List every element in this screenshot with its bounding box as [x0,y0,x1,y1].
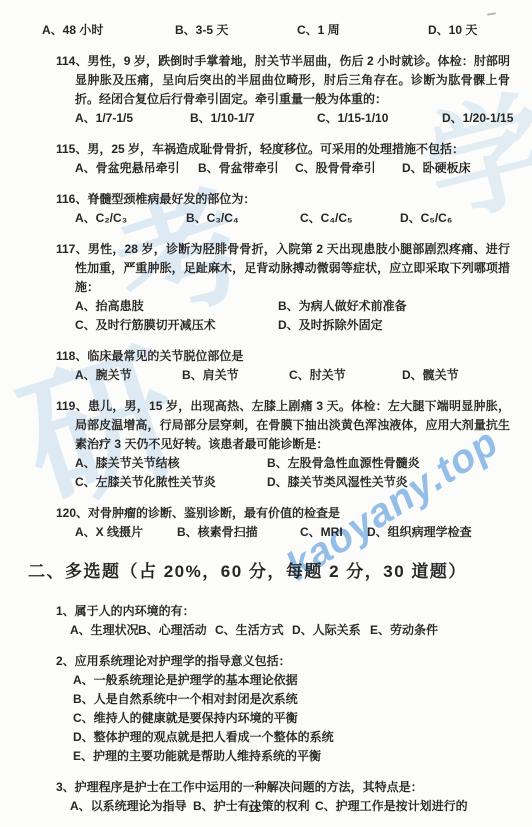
option-c: C、1/15-1/10 [317,109,442,128]
option-c: C、C₄/C₅ [300,209,400,228]
question-stem: 117、男性，28 岁，诊断为胫腓骨骨折，入院第 2 天出现患肢小腿部剧烈疼痛、… [75,240,510,297]
question-options-row: A、腕关节 B、肩关节 C、肘关节 D、髋关节 [75,366,510,385]
question-stem: 114、男性，9 岁，跌倒时手掌着地，肘关节半屈曲，伤后 2 小时就诊。体检：肘… [75,52,510,109]
option-b: B、1/10-1/7 [190,109,317,128]
option-b: B、C₃/C₄ [186,209,300,228]
option-c: C、及时行筋膜切开减压术 [75,316,278,335]
option-b: B、左股骨急性血源性骨髓炎 [267,454,510,473]
question-stem: 120、对骨肿瘤的诊断、鉴别诊断，最有价值的检查是 [75,504,510,523]
option-b: B、心理活动 [138,621,215,640]
question-stem: 3、护理程序是护士在工作中运用的一种解决问题的方法，其特点是： [70,778,510,797]
option-c: C、股骨骨牵引 [295,159,402,178]
option-a: A、X 线摄片 [75,523,177,542]
option-d: D、髋关节 [402,366,459,385]
option-c: C、肘关节 [289,366,402,385]
question-120: 120、对骨肿瘤的诊断、鉴别诊断，最有价值的检查是 A、X 线摄片 B、核素骨扫… [28,504,510,542]
option-d: D、C₅/C₆ [400,209,452,228]
question-stem: 116、脊髓型颈椎病最好发的部位为： [75,190,510,209]
option-d: D、10 天 [428,21,477,40]
option-d: D、膝关节类风湿性关节炎 [267,473,510,492]
option-c: C、生活方式 [215,621,292,640]
page-number: 11 [0,800,520,819]
question-options-row: A、1/7-1/5 B、1/10-1/7 C、1/15-1/10 D、1/20-… [75,109,510,128]
option-a: A、C₂/C₃ [75,209,186,228]
question-options-row: A、生理状况 B、心理活动 C、生活方式 D、人际关系 E、劳动条件 [70,621,510,640]
option-c: C、维持人的健康就是要保持内环境的平衡 [73,709,510,728]
option-d: D、整体护理的观点就是把人看成一个整体的系统 [73,728,510,747]
option-e: E、劳动条件 [370,621,438,640]
option-c: C、左膝关节化脓性关节炎 [75,473,267,492]
option-d: D、及时拆除外固定 [278,316,510,335]
multi-question-2: 2、应用系统理论对护理学的指导意义包括： A、一般系统理论是护理学的基本理论依据… [28,652,510,766]
question-options-row: A、X 线摄片 B、核素骨扫描 C、MRI D、组织病理学检查 [75,523,510,542]
option-a: A、生理状况 [70,621,138,640]
question-114: 114、男性，9 岁，跌倒时手掌着地，肘关节半屈曲，伤后 2 小时就诊。体检：肘… [28,52,510,128]
question-stem: 1、属于人的内环境的有： [70,602,510,621]
section-two-title: 二、多选题（占 20%，60 分，每题 2 分，30 道题） [28,560,510,584]
question-stem: 119、患儿，男，15 岁，出现高热、左膝上剧痛 3 天。体检：左大腿下端明显肿… [75,397,510,454]
exam-paper-page: 考 研 学 kaoyany.top A、48 小时 B、3-5 天 C、1 周 … [0,0,532,827]
question-options-row: A、骨盆兜悬吊牵引 B、骨盆带牵引 C、股骨骨牵引 D、卧硬板床 [75,159,510,178]
option-a: A、膝关节关节结核 [75,454,267,473]
page-content: A、48 小时 B、3-5 天 C、1 周 D、10 天 114、男性，9 岁，… [0,0,532,816]
option-a: A、48 小时 [42,21,175,40]
question-116: 116、脊髓型颈椎病最好发的部位为： A、C₂/C₃ B、C₃/C₄ C、C₄/… [28,190,510,228]
multi-question-1: 1、属于人的内环境的有： A、生理状况 B、心理活动 C、生活方式 D、人际关系… [28,602,510,640]
option-c: C、MRI [300,523,367,542]
option-e: E、护理的主要功能就是帮助人维持系统的平衡 [73,747,510,766]
option-b: B、骨盆带牵引 [198,159,295,178]
question-115: 115、男，25 岁，车祸造成耻骨骨折，轻度移位。可采用的处理措施不包括： A、… [28,140,510,178]
option-a: A、一般系统理论是护理学的基本理论依据 [73,671,510,690]
option-d: D、1/20-1/15 [442,109,513,128]
option-b: B、核素骨扫描 [177,523,300,542]
option-c: C、1 周 [297,21,428,40]
question-118: 118、临床最常见的关节脱位部位是 A、腕关节 B、肩关节 C、肘关节 D、髋关… [28,347,510,385]
question-119: 119、患儿，男，15 岁，出现高热、左膝上剧痛 3 天。体检：左大腿下端明显肿… [28,397,510,492]
question-options-list: A、一般系统理论是护理学的基本理论依据 B、人是自然系统中一个相对封闭是次系统 … [70,671,510,766]
question-options-row: A、C₂/C₃ B、C₃/C₄ C、C₄/C₅ D、C₅/C₆ [75,209,510,228]
option-a: A、骨盆兜悬吊牵引 [75,159,198,178]
option-d: D、组织病理学检查 [367,523,472,542]
option-d: D、人际关系 [292,621,370,640]
question-options-grid: A、抬高患肢 B、为病人做好术前准备 C、及时行筋膜切开减压术 D、及时拆除外固… [75,297,510,335]
question-117: 117、男性，28 岁，诊断为胫腓骨骨折，入院第 2 天出现患肢小腿部剧烈疼痛、… [28,240,510,335]
option-b: B、人是自然系统中一个相对封闭是次系统 [73,690,510,709]
question-stem: 115、男，25 岁，车祸造成耻骨骨折，轻度移位。可采用的处理措施不包括： [75,140,510,159]
question-stem: 2、应用系统理论对护理学的指导意义包括： [70,652,510,671]
question-stem: 118、临床最常见的关节脱位部位是 [75,347,510,366]
option-a: A、1/7-1/5 [75,109,190,128]
option-a: A、抬高患肢 [75,297,278,316]
option-b: B、为病人做好术前准备 [278,297,510,316]
question-113-options-row: A、48 小时 B、3-5 天 C、1 周 D、10 天 [42,21,510,40]
question-options-grid: A、膝关节关节结核 B、左股骨急性血源性骨髓炎 C、左膝关节化脓性关节炎 D、膝… [75,454,510,492]
option-d: D、卧硬板床 [402,159,471,178]
option-b: B、肩关节 [182,366,289,385]
option-b: B、3-5 天 [175,21,297,40]
option-a: A、腕关节 [75,366,182,385]
